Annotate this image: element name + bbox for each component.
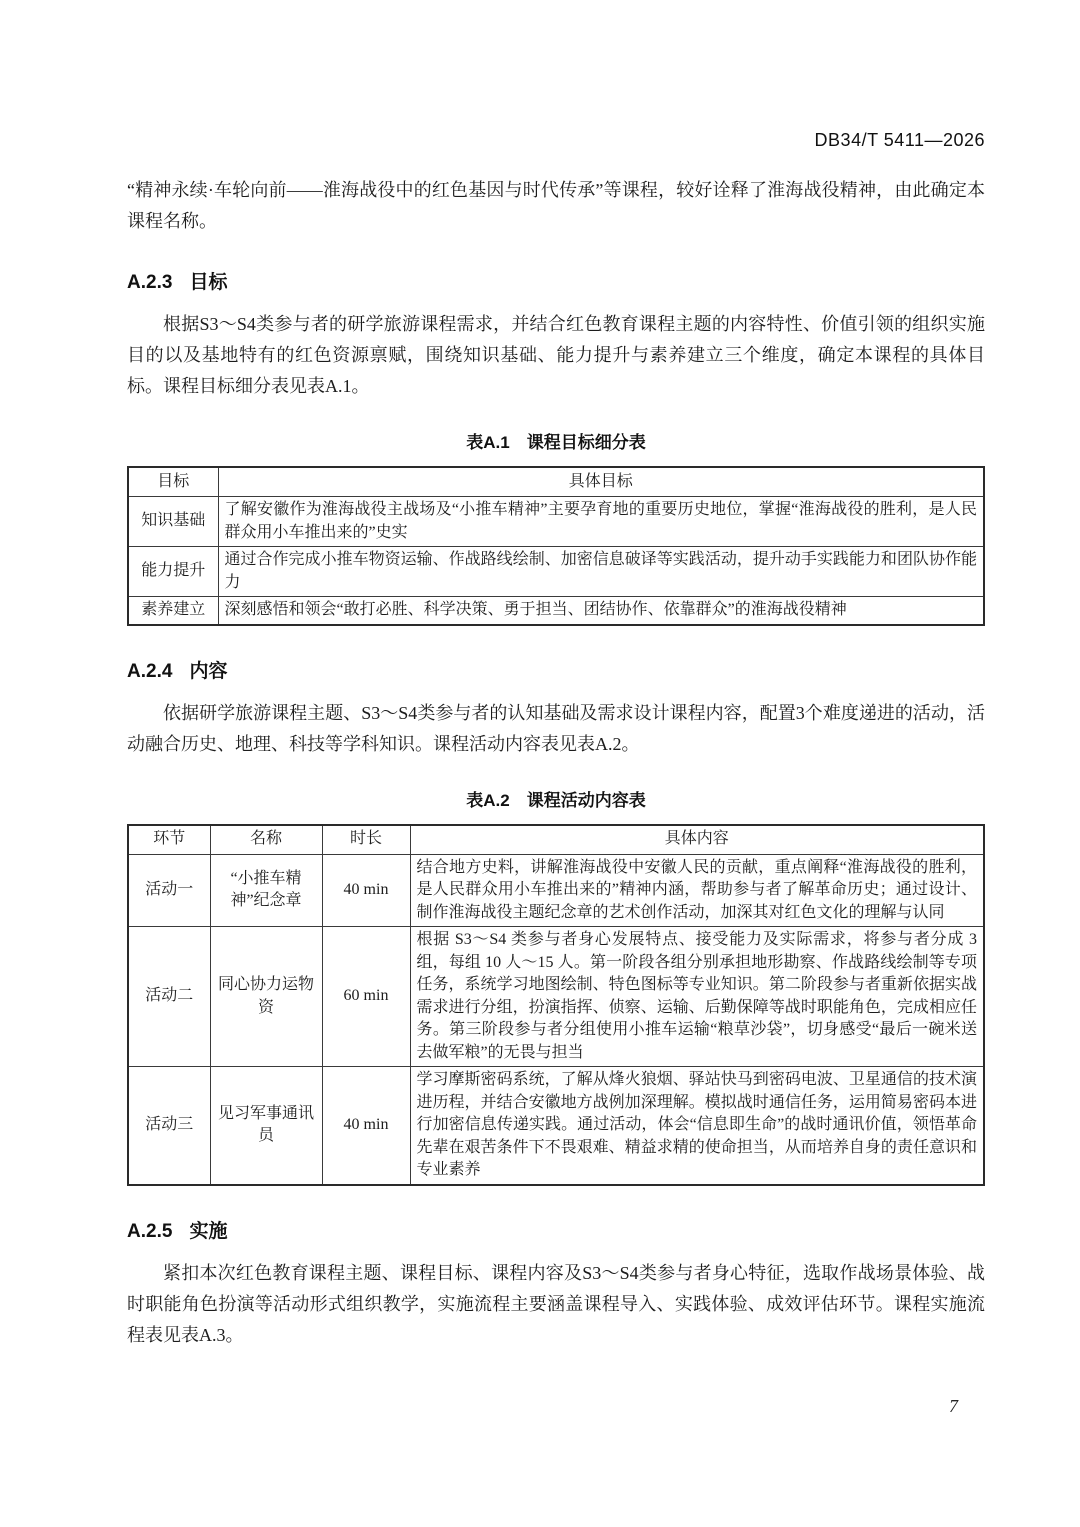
heading-a2-4-title: 内容 [190,661,228,682]
table-a2-row1-content: 结合地方史料，讲解淮海战役中安徽人民的贡献，重点阐释“淮海战役的胜利，是人民群众… [410,854,984,927]
table-a1-header-row: 目标 具体目标 [128,467,984,497]
table-a2-row3-content: 学习摩斯密码系统，了解从烽火狼烟、驿站快马到密码电波、卫星通信的技术演进历程，并… [410,1067,984,1185]
heading-a2-5-number: A.2.5 [127,1221,172,1242]
table-a2-header-detail: 具体内容 [410,825,984,855]
intro-paragraph: “精神永续·车轮向前——淮海战役中的红色基因与时代传承”等课程，较好诠释了淮海战… [127,175,985,237]
table-a1-row1-content: 了解安徽作为淮海战役主战场及“小推车精神”主要孕育地的重要历史地位，掌握“淮海战… [218,497,984,547]
table-a1: 目标 具体目标 知识基础 了解安徽作为淮海战役主战场及“小推车精神”主要孕育地的… [127,466,985,626]
table-a2-row1-stage: 活动一 [128,854,210,927]
table-row: 能力提升 通过合作完成小推车物资运输、作战路线绘制、加密信息破译等实践活动，提升… [128,547,984,597]
table-a2-header-duration: 时长 [322,825,410,855]
table-a2-header-name: 名称 [210,825,322,855]
implementation-paragraph: 紧扣本次红色教育课程主题、课程目标、课程内容及S3～S4类参与者身心特征，选取作… [127,1258,985,1351]
table-a2-caption: 表A.2 课程活动内容表 [127,786,985,811]
table-a2-row1-name: “小推车精神”纪念章 [210,854,322,927]
table-a1-row3-content: 深刻感悟和领会“敢打必胜、科学决策、勇于担当、团结协作、依靠群众”的淮海战役精神 [218,597,984,625]
table-row: 活动三 见习军事通讯员 40 min 学习摩斯密码系统，了解从烽火狼烟、驿站快马… [128,1067,984,1185]
table-a1-row2-content: 通过合作完成小推车物资运输、作战路线绘制、加密信息破译等实践活动，提升动手实践能… [218,547,984,597]
goal-paragraph: 根据S3～S4类参与者的研学旅游课程需求，并结合红色教育课程主题的内容特性、价值… [127,309,985,402]
table-a1-row3-label: 素养建立 [128,597,218,625]
table-a2-row1-duration: 40 min [322,854,410,927]
table-a2-row3-name: 见习军事通讯员 [210,1067,322,1185]
heading-a2-5-title: 实施 [190,1221,228,1242]
table-a2-header-stage: 环节 [128,825,210,855]
table-a1-caption: 表A.1 课程目标细分表 [127,428,985,453]
table-a2-row3-stage: 活动三 [128,1067,210,1185]
content-paragraph: 依据研学旅游课程主题、S3～S4类参与者的认知基础及需求设计课程内容，配置3个难… [127,698,985,760]
table-a2-row2-name: 同心协力运物资 [210,927,322,1067]
table-a2-row3-duration: 40 min [322,1067,410,1185]
table-a2-row2-duration: 60 min [322,927,410,1067]
heading-a2-3: A.2.3目标 [127,267,985,294]
table-a2-row2-content: 根据 S3～S4 类参与者身心发展特点、接受能力及实际需求，将参与者分成 3 组… [410,927,984,1067]
table-row: 活动一 “小推车精神”纪念章 40 min 结合地方史料，讲解淮海战役中安徽人民… [128,854,984,927]
heading-a2-4-number: A.2.4 [127,661,172,682]
document-page: DB34/T 5411—2026 “精神永续·车轮向前——淮海战役中的红色基因与… [0,0,1080,1527]
heading-a2-3-number: A.2.3 [127,272,172,293]
heading-a2-5: A.2.5实施 [127,1216,985,1243]
table-a1-header-detail: 具体目标 [218,467,984,497]
table-row: 知识基础 了解安徽作为淮海战役主战场及“小推车精神”主要孕育地的重要历史地位，掌… [128,497,984,547]
table-row: 素养建立 深刻感悟和领会“敢打必胜、科学决策、勇于担当、团结协作、依靠群众”的淮… [128,597,984,625]
table-a1-header-goal: 目标 [128,467,218,497]
standard-doc-number: DB34/T 5411—2026 [127,130,985,151]
page-number: 7 [949,1396,958,1417]
table-a2-header-row: 环节 名称 时长 具体内容 [128,825,984,855]
heading-a2-4: A.2.4内容 [127,656,985,683]
table-a2-row2-stage: 活动二 [128,927,210,1067]
heading-a2-3-title: 目标 [190,272,228,293]
table-a1-row1-label: 知识基础 [128,497,218,547]
table-a2: 环节 名称 时长 具体内容 活动一 “小推车精神”纪念章 40 min 结合地方… [127,824,985,1186]
table-a1-row2-label: 能力提升 [128,547,218,597]
table-row: 活动二 同心协力运物资 60 min 根据 S3～S4 类参与者身心发展特点、接… [128,927,984,1067]
